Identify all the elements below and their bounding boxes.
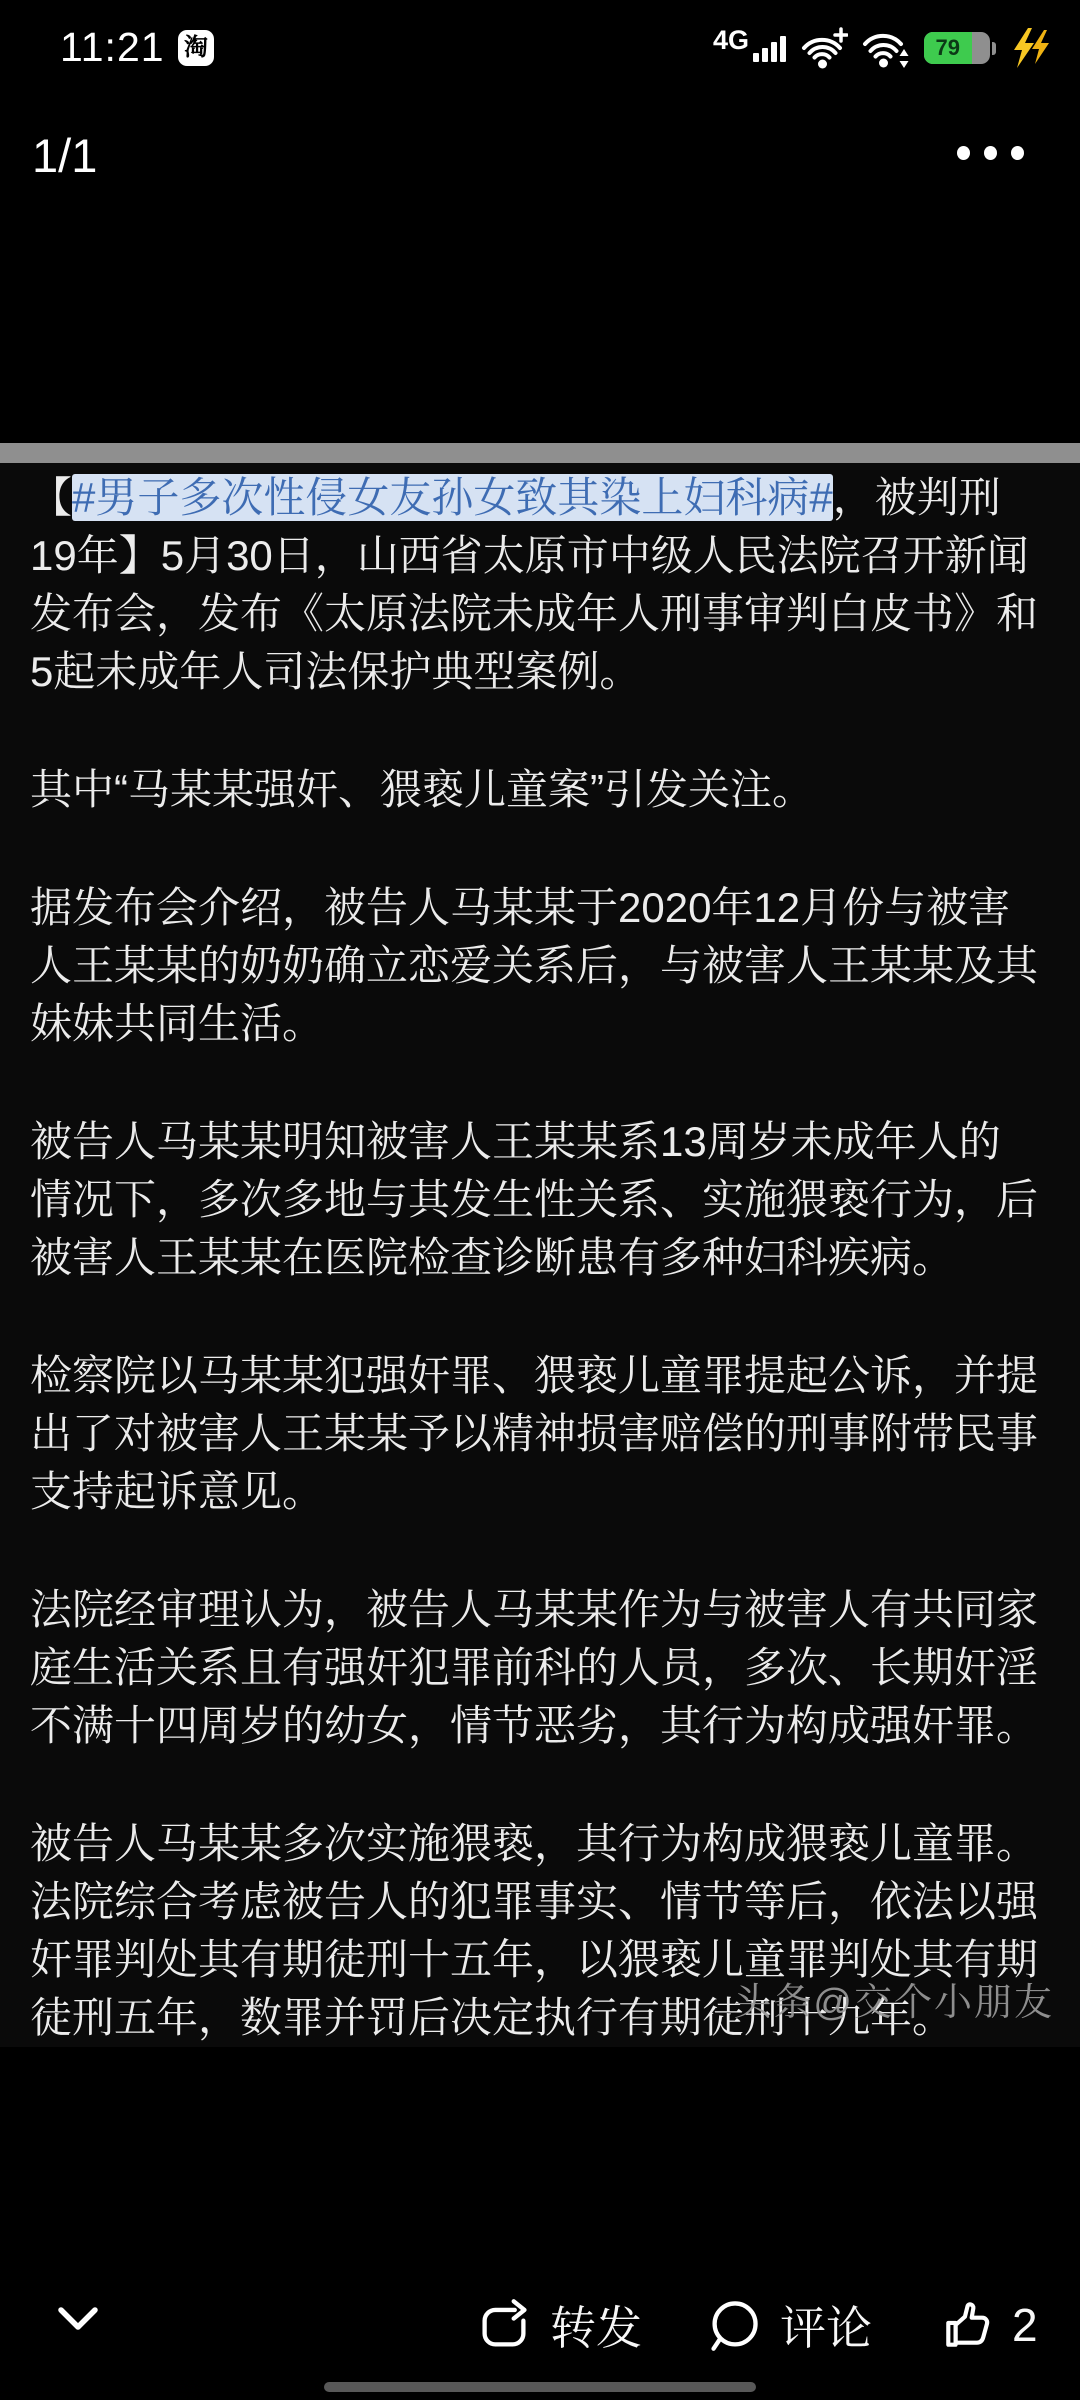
paragraph-5: 检察院以马某某犯强奸罪、猥亵儿童罪提起公诉，并提 出了对被害人王某某予以精神损害… — [30, 1347, 1054, 1521]
status-bar-right-cluster: 4G 79 — [713, 28, 1054, 68]
text-line: 庭生活关系且有强奸犯罪前科的人员，多次、长期奸淫 — [30, 1639, 1054, 1697]
text-line: 【#男子多次性侵女友孙女致其染上妇科病#，被判刑 — [30, 469, 1054, 527]
article-body: 【#男子多次性侵女友孙女致其染上妇科病#，被判刑 19年】5月30日，山西省太原… — [0, 463, 1080, 2047]
action-bar: 转发 评论 2 — [0, 2290, 1080, 2360]
text-line: 被告人马某某明知被害人王某某系13周岁未成年人的 — [30, 1113, 1054, 1171]
thumbs-up-icon — [940, 2298, 994, 2352]
page-indicator: 1/1 — [32, 128, 97, 183]
image-top-gray-strip — [0, 443, 1080, 463]
paragraph-3: 据发布会介绍，被告人马某某于2020年12月份与被害 人王某某的奶奶确立恋爱关系… — [30, 879, 1054, 1053]
taobao-glyph: 淘 — [184, 36, 208, 60]
clock-time: 11:21 — [60, 24, 165, 71]
paragraph-4: 被告人马某某明知被害人王某某系13周岁未成年人的 情况下，多次多地与其发生性关系… — [30, 1113, 1054, 1287]
repost-icon — [476, 2297, 532, 2353]
text-line: 人王某某的奶奶确立恋爱关系后，与被害人王某某及其 — [30, 937, 1054, 995]
paragraph-headline: 【#男子多次性侵女友孙女致其染上妇科病#，被判刑 19年】5月30日，山西省太原… — [30, 469, 1054, 701]
comment-icon — [706, 2297, 762, 2353]
battery-nub — [992, 42, 996, 55]
hashtag-topic: #男子多次性侵女友孙女致其染上妇科病# — [72, 474, 833, 521]
home-indicator-handle[interactable] — [324, 2382, 756, 2392]
bracket-open: 【 — [30, 474, 72, 521]
repost-button[interactable]: 转发 — [476, 2290, 642, 2360]
image-viewer-screen: { "status_bar": { "time": "11:21", "taob… — [0, 0, 1080, 2400]
like-count: 2 — [1012, 2298, 1038, 2352]
signal-bars-icon — [753, 34, 786, 62]
text-line: 据发布会介绍，被告人马某某于2020年12月份与被害 — [30, 879, 1054, 937]
text-line: 法院综合考虑被告人的犯罪事实、情节等后，依法以强 — [30, 1873, 1054, 1931]
toutiao-watermark: 头条@交个小朋友 — [733, 1971, 1054, 2026]
headline-rest: ，被判刑 — [833, 474, 1001, 521]
wifi-dual-icon — [860, 25, 912, 71]
wifi-plus-icon — [798, 25, 848, 71]
taobao-notification-icon: 淘 — [178, 30, 214, 66]
network-type-label: 4G — [713, 27, 749, 54]
repost-label: 转发 — [550, 2292, 642, 2358]
comment-button[interactable]: 评论 — [706, 2290, 872, 2360]
text-line: 发布会，发布《太原法院未成年人刑事审判白皮书》和 — [30, 585, 1054, 643]
text-line: 5起未成年人司法保护典型案例。 — [30, 643, 1054, 701]
paragraph-6: 法院经审理认为，被告人马某某作为与被害人有共同家 庭生活关系且有强奸犯罪前科的人… — [30, 1581, 1054, 1755]
image-viewer-header: 1/1 — [0, 118, 1080, 198]
paragraph-2: 其中“马某某强奸、猥亵儿童案”引发关注。 — [30, 761, 1054, 819]
text-line: 法院经审理认为，被告人马某某作为与被害人有共同家 — [30, 1581, 1054, 1639]
text-line: 被告人马某某多次实施猥亵，其行为构成猥亵儿童罪。 — [30, 1815, 1054, 1873]
like-button[interactable]: 2 — [940, 2290, 1038, 2360]
article-text-image[interactable]: 【#男子多次性侵女友孙女致其染上妇科病#，被判刑 19年】5月30日，山西省太原… — [0, 443, 1080, 2047]
text-line: 情况下，多次多地与其发生性关系、实施猥亵行为，后 — [30, 1171, 1054, 1229]
cellular-signal: 4G — [713, 34, 786, 62]
text-line: 检察院以马某某犯强奸罪、猥亵儿童罪提起公诉，并提 — [30, 1347, 1054, 1405]
battery-indicator: 79 — [924, 32, 996, 64]
more-options-icon[interactable] — [957, 146, 1024, 160]
text-line: 出了对被害人王某某予以精神损害赔偿的刑事附带民事 — [30, 1405, 1054, 1463]
text-line: 被害人王某某在医院检查诊断患有多种妇科疾病。 — [30, 1229, 1054, 1287]
text-line: 不满十四周岁的幼女，情节恶劣，其行为构成强奸罪。 — [30, 1697, 1054, 1755]
comment-label: 评论 — [780, 2292, 872, 2358]
battery-icon: 79 — [924, 32, 990, 64]
text-line: 其中“马某某强奸、猥亵儿童案”引发关注。 — [30, 761, 1054, 819]
power-saver-lightning-icon — [1008, 26, 1054, 70]
text-line: 支持起诉意见。 — [30, 1463, 1054, 1521]
text-line: 妹妹共同生活。 — [30, 995, 1054, 1053]
text-line: 19年】5月30日，山西省太原市中级人民法院召开新闻 — [30, 527, 1054, 585]
battery-percent: 79 — [936, 35, 960, 61]
status-bar: 11:21 淘 4G — [0, 0, 1080, 92]
collapse-chevron-icon[interactable] — [54, 2304, 102, 2334]
